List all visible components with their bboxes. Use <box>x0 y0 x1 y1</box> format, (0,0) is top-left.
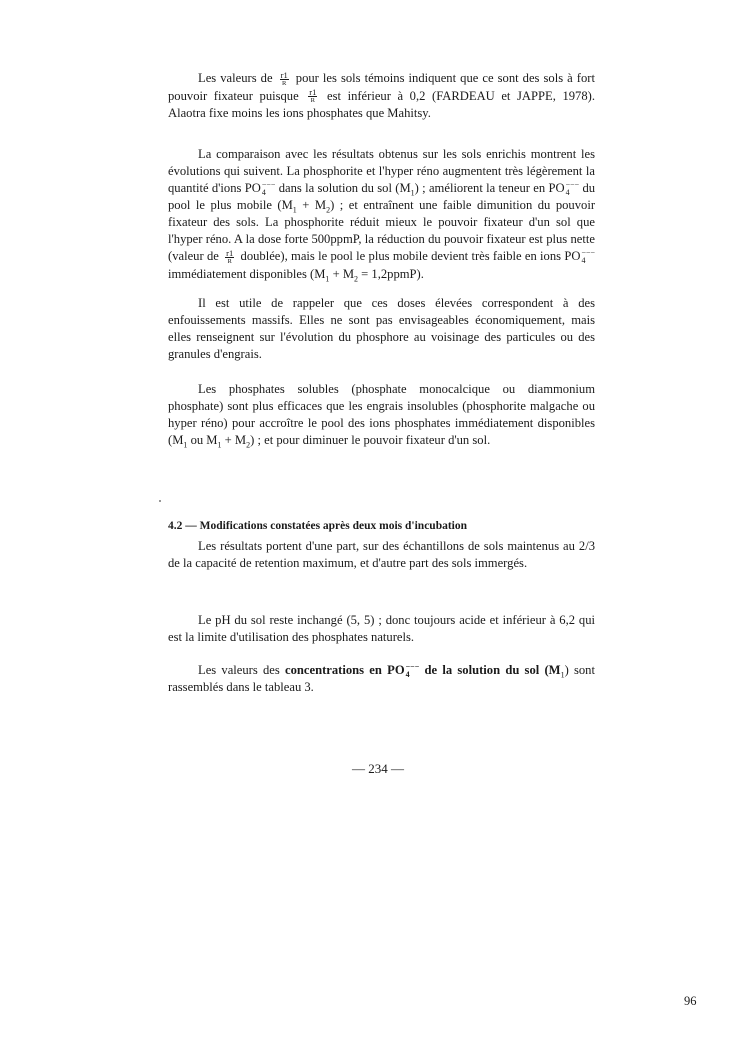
fraction-r1-over-r: r1R <box>225 249 234 266</box>
text: Il est utile de rappeler que ces doses é… <box>168 296 595 361</box>
subscript: 1 <box>183 441 187 450</box>
phosphate-ion: PO−−−4 <box>245 181 276 195</box>
text: concentrations en PO <box>285 663 405 677</box>
text: dans la solution du sol (M <box>279 181 411 195</box>
paragraph-ph: Le pH du sol reste inchangé (5, 5) ; don… <box>168 612 595 646</box>
text: = 1,2ppmP). <box>361 267 424 281</box>
text: doublée), mais le pool le plus mobile de… <box>241 249 562 263</box>
paragraph-results: Les résultats portent d'une part, sur de… <box>168 538 595 572</box>
phosphate-ion: −−−4 <box>405 663 420 677</box>
text: + M <box>302 198 326 212</box>
section-heading: 4.2 — Modifications constatées après deu… <box>168 520 467 532</box>
text: ) ; et pour diminuer le pouvoir fixateur… <box>250 433 490 447</box>
document-page: Les valeurs de r1R pour les sols témoins… <box>0 0 745 1053</box>
paragraph-concentrations: Les valeurs des concentrations en PO−−−4… <box>168 662 595 696</box>
page-number: 96 <box>684 994 697 1009</box>
subscript: 1 <box>293 206 297 215</box>
scan-speck <box>159 500 161 502</box>
subscript: 2 <box>354 274 358 283</box>
paragraph-soluble-phosphates: Les phosphates solubles (phosphate monoc… <box>168 381 595 449</box>
text: ou M <box>191 433 218 447</box>
text: Les valeurs de <box>198 71 273 85</box>
text: de la solution du sol (M <box>425 663 561 677</box>
text: Le pH du sol reste inchangé (5, 5) ; don… <box>168 613 595 644</box>
fraction-r1-over-r: r1R <box>280 71 289 88</box>
text: Les valeurs des <box>198 663 280 677</box>
text: immédiatement disponibles (M <box>168 267 325 281</box>
text: Les résultats portent d'une part, sur de… <box>168 539 595 570</box>
phosphate-ion: PO−−−4 <box>548 181 579 195</box>
text: ) ; améliorent la teneur en <box>415 181 545 195</box>
subscript: 1 <box>325 274 329 283</box>
original-folio: — 234 — <box>352 761 404 777</box>
fraction-r1-over-r: r1R <box>308 88 317 105</box>
text: + M <box>333 267 354 281</box>
subscript: 1 <box>218 441 222 450</box>
paragraph-high-doses: Il est utile de rappeler que ces doses é… <box>168 295 595 363</box>
paragraph-fixing-power: Les valeurs de r1R pour les sols témoins… <box>168 70 595 122</box>
paragraph-comparison: La comparaison avec les résultats obtenu… <box>168 146 595 283</box>
text: + M <box>225 433 246 447</box>
phosphate-ion: PO−−−4 <box>564 249 595 263</box>
